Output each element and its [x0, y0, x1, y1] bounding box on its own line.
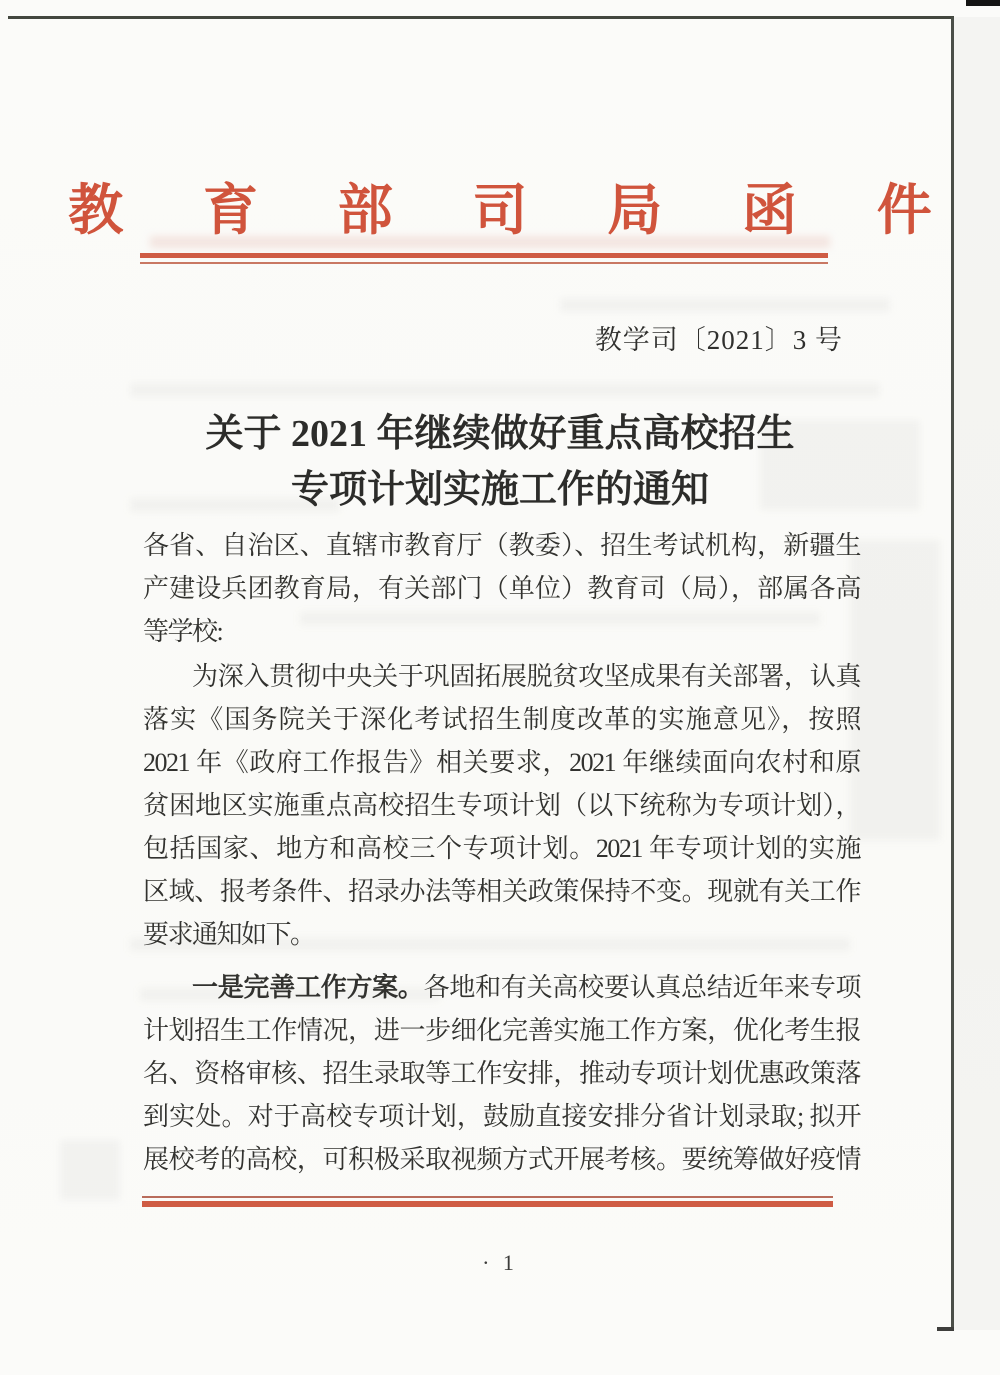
body-text-segment: 产建设兵团教育局，有关部门（单位）教育司（局），部属各高 — [143, 574, 860, 603]
body-line: 到实处。对于高校专项计划，鼓励直接安排分省计划录取; 拟开 — [143, 1095, 860, 1138]
body-text-segment: 落实《国务院关于深化考试招生制度改革的实施意见》，按照 — [143, 705, 860, 734]
document-number: 教学司〔2021〕3 号 — [595, 318, 843, 357]
footer-rule-thin — [142, 1196, 833, 1198]
body-line: 2021 年《政府工作报告》相关要求，2021 年继续面向农村和原 — [143, 741, 860, 784]
body-text-segment: 名、资格审核、招生录取等工作安排，推动专项计划优惠政策落 — [143, 1059, 860, 1088]
document-body: 各省、自治区、直辖市教育厅（教委）、招生考试机构，新疆生产建设兵团教育局，有关部… — [143, 524, 860, 1181]
body-line: 要求通知如下。 — [143, 913, 860, 956]
body-line: 一是完善工作方案。各地和有关高校要认真总结近年来专项 — [143, 966, 860, 1009]
document-title: 关于 2021 年继续做好重点高校招生 专项计划实施工作的通知 — [0, 406, 1000, 518]
document-title-line2: 专项计划实施工作的通知 — [0, 462, 1000, 518]
body-text-segment: 2021 年《政府工作报告》相关要求，2021 年继续面向农村和原 — [143, 748, 860, 777]
body-line: 名、资格审核、招生录取等工作安排，推动专项计划优惠政策落 — [143, 1052, 860, 1095]
bleedthrough-smudge — [130, 383, 880, 397]
document-title-line1: 关于 2021 年继续做好重点高校招生 — [0, 406, 1000, 462]
scanned-document-page: 教 育 部 司 局 函 件 教学司〔2021〕3 号 关于 2021 年继续做好… — [0, 0, 1000, 1375]
body-line: 等学校: — [143, 610, 860, 653]
body-text-segment: 各地和有关高校要认真总结近年来专项 — [424, 973, 860, 1002]
letterhead-rule-thin — [140, 262, 828, 264]
body-text-segment: 贫困地区实施重点高校招生专项计划（以下统称为专项计划）， — [143, 791, 860, 820]
letterhead-rule-thick — [140, 253, 828, 258]
footer-rule-thick — [142, 1201, 833, 1207]
body-line: 包括国家、地方和高校三个专项计划。2021 年专项计划的实施 — [143, 827, 860, 870]
scan-corner-mark — [966, 0, 1000, 6]
body-line: 产建设兵团教育局，有关部门（单位）教育司（局），部属各高 — [143, 567, 860, 610]
body-line: 展校考的高校，可积极采取视频方式开展考核。要统筹做好疫情 — [143, 1138, 860, 1181]
body-line: 为深入贯彻中央关于巩固拓展脱贫攻坚成果有关部署，认真 — [143, 655, 860, 698]
letterhead-title: 教 育 部 司 局 函 件 — [0, 166, 1000, 245]
letterhead-text: 教 育 部 司 局 函 件 — [68, 180, 965, 241]
body-line: 贫困地区实施重点高校招生专项计划（以下统称为专项计划）， — [143, 784, 860, 827]
scan-border-foot — [937, 1327, 954, 1331]
body-text-segment: 展校考的高校，可积极采取视频方式开展考核。要统筹做好疫情 — [143, 1145, 860, 1174]
body-text-segment: 计划招生工作情况，进一步细化完善实施工作方案，优化考生报 — [143, 1016, 860, 1045]
bleedthrough-smudge — [560, 298, 890, 312]
body-text-segment: 为深入贯彻中央关于巩固拓展脱贫攻坚成果有关部署，认真 — [192, 662, 860, 691]
body-text-segment: 区域、报考条件、招录办法等相关政策保持不变。现就有关工作 — [143, 877, 860, 906]
body-emphasis-text: 一是完善工作方案。 — [192, 973, 424, 1002]
bleedthrough-smudge — [850, 540, 940, 840]
bleedthrough-smudge — [60, 1140, 120, 1200]
page-number: · 1 — [0, 1250, 1000, 1276]
body-text-segment: 等学校: — [143, 617, 222, 646]
body-text-segment: 到实处。对于高校专项计划，鼓励直接安排分省计划录取; 拟开 — [143, 1102, 860, 1131]
scan-border-top — [8, 16, 954, 19]
body-text-segment: 要求通知如下。 — [143, 920, 315, 949]
body-text-segment: 包括国家、地方和高校三个专项计划。2021 年专项计划的实施 — [143, 834, 860, 863]
body-line: 区域、报考条件、招录办法等相关政策保持不变。现就有关工作 — [143, 870, 860, 913]
body-line: 计划招生工作情况，进一步细化完善实施工作方案，优化考生报 — [143, 1009, 860, 1052]
body-line: 落实《国务院关于深化考试招生制度改革的实施意见》，按照 — [143, 698, 860, 741]
body-line: 各省、自治区、直辖市教育厅（教委）、招生考试机构，新疆生 — [143, 524, 860, 567]
body-text-segment: 各省、自治区、直辖市教育厅（教委）、招生考试机构，新疆生 — [143, 531, 860, 560]
